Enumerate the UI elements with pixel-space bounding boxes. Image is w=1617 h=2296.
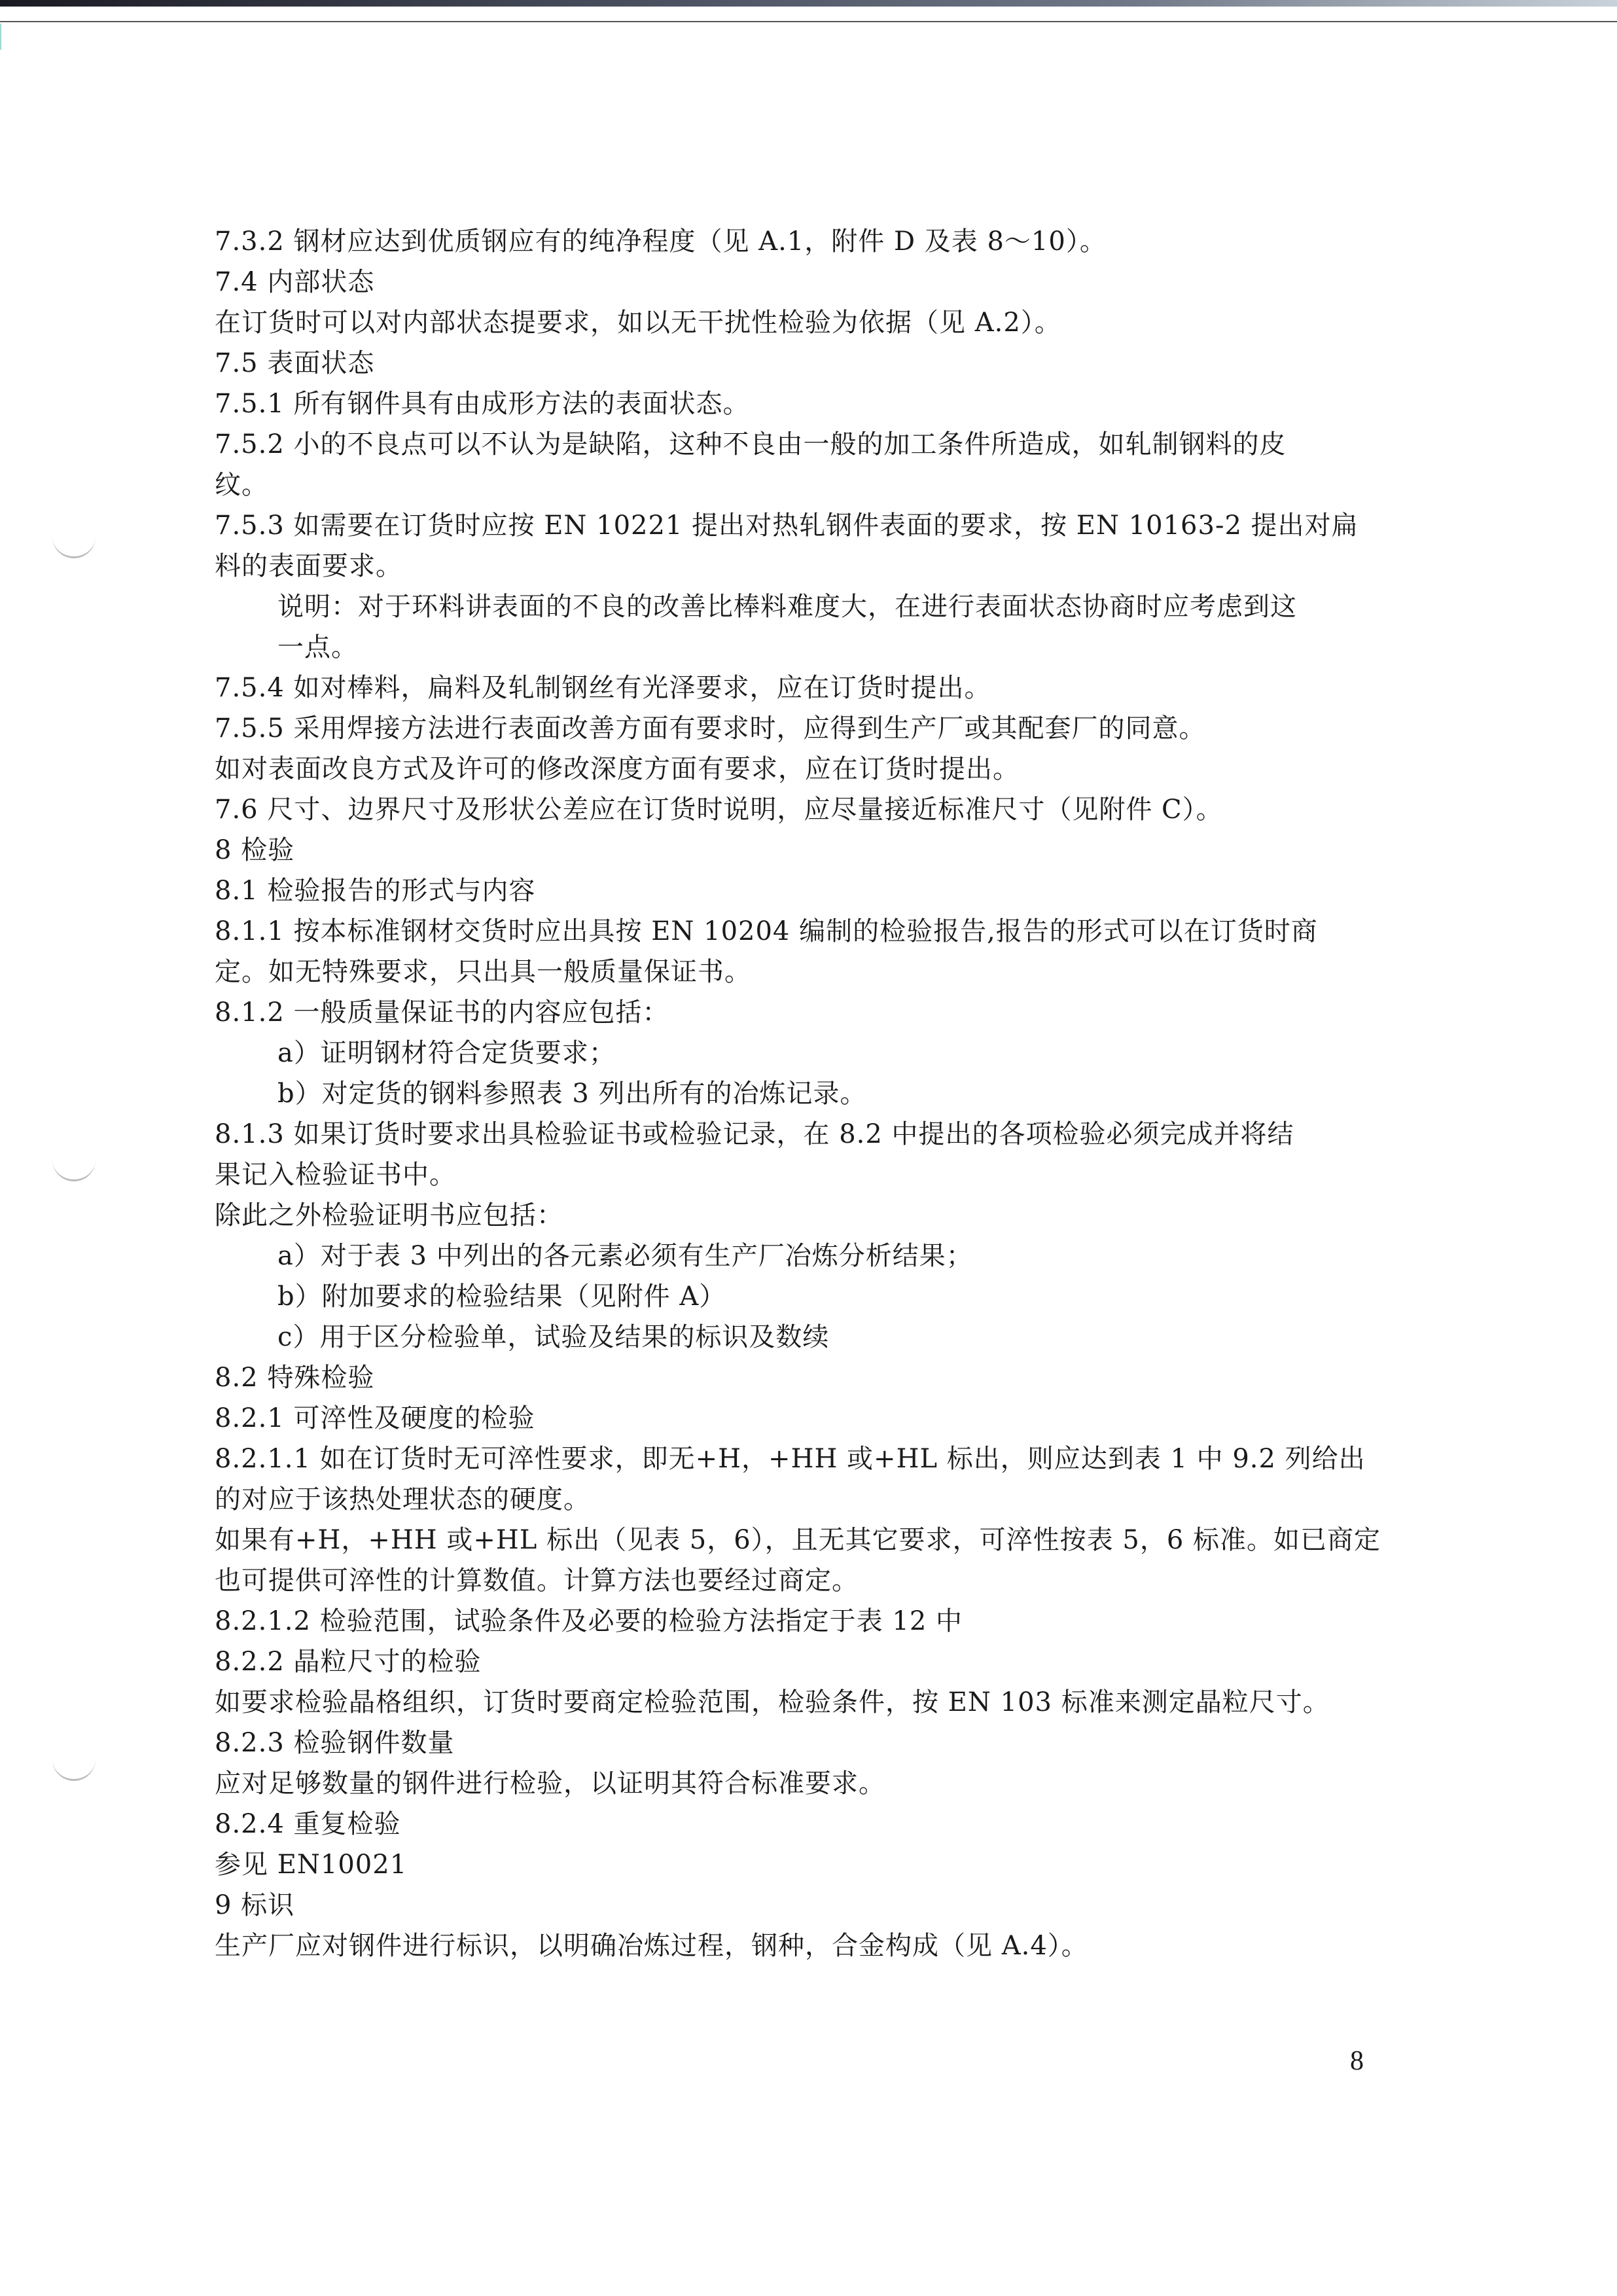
clause-7-5-1: 7.5.1 所有钢件具有由成形方法的表面状态。 <box>215 384 1366 424</box>
clause-7-5-3: 7.5.3 如需要在订货时应按 EN 10221 提出对热轧钢件表面的要求，按 … <box>215 505 1366 546</box>
scan-artifact <box>0 24 5 50</box>
paragraph-8-2-2: 如要求检验晶格组织，订货时要商定检验范围，检验条件，按 EN 103 标准来测定… <box>215 1682 1366 1723</box>
scan-top-shadow <box>0 0 1617 7</box>
clause-8-2-1-2: 8.2.1.2 检验范围，试验条件及必要的检验方法指定于表 12 中 <box>215 1601 1366 1641</box>
paragraph-8-2-4: 参见 EN10021 <box>215 1844 1366 1885</box>
list-item-8-1-2-a: a）证明钢材符合定货要求； <box>215 1033 1366 1073</box>
clause-7-6: 7.6 尺寸、边界尺寸及形状公差应在订货时说明，应尽量接近标准尺寸（见附件 C）… <box>215 789 1366 830</box>
paragraph-7-4: 在订货时可以对内部状态提要求，如以无干扰性检验为依据（见 A.2）。 <box>215 302 1366 343</box>
clause-7-5-3-cont: 料的表面要求。 <box>215 546 1366 586</box>
clause-8-1-2: 8.1.2 一般质量保证书的内容应包括： <box>215 992 1366 1033</box>
document-body: 7.3.2 钢材应达到优质钢应有的纯净程度（见 A.1，附件 D 及表 8～10… <box>215 221 1366 1966</box>
paragraph-9: 生产厂应对钢件进行标识，以明确冶炼过程，钢种，合金构成（见 A.4）。 <box>215 1926 1366 1966</box>
note-text-cont: 一点。 <box>215 627 1366 668</box>
clause-8-1-1: 8.1.1 按本标准钢材交货时应出具按 EN 10204 编制的检验报告,报告的… <box>215 911 1366 952</box>
clause-8-1-1-cont: 定。如无特殊要求，只出具一般质量保证书。 <box>215 952 1366 992</box>
clause-8-1-3-cont: 果记入检验证书中。 <box>215 1155 1366 1195</box>
clause-7-3-2: 7.3.2 钢材应达到优质钢应有的纯净程度（见 A.1，附件 D 及表 8～10… <box>215 221 1366 262</box>
clause-8-2-1-1: 8.2.1.1 如在订货时无可淬性要求，即无+H，+HH 或+HL 标出，则应达… <box>215 1439 1366 1479</box>
heading-8-2-1: 8.2.1 可淬性及硬度的检验 <box>215 1398 1366 1439</box>
paragraph-7-5-5: 如对表面改良方式及许可的修改深度方面有要求，应在订货时提出。 <box>215 749 1366 789</box>
heading-8-1: 8.1 检验报告的形式与内容 <box>215 870 1366 911</box>
paragraph-8-1-3: 除此之外检验证明书应包括： <box>215 1195 1366 1236</box>
list-item-8-1-3-a: a）对于表 3 中列出的各元素必须有生产厂冶炼分析结果； <box>215 1236 1366 1276</box>
paragraph-8-2-1-1-cont: 也可提供可淬性的计算数值。计算方法也要经过商定。 <box>215 1560 1366 1601</box>
list-item-8-1-3-c: c）用于区分检验单，试验及结果的标识及数续 <box>215 1317 1366 1357</box>
punch-hole-mark <box>52 537 96 558</box>
heading-7-5: 7.5 表面状态 <box>215 343 1366 384</box>
clause-8-2-1-1-cont: 的对应于该热处理状态的硬度。 <box>215 1479 1366 1520</box>
heading-8-2: 8.2 特殊检验 <box>215 1357 1366 1398</box>
paragraph-8-2-1-1: 如果有+H，+HH 或+HL 标出（见表 5，6），且无其它要求，可淬性按表 5… <box>215 1520 1366 1560</box>
clause-7-5-2-cont: 纹。 <box>215 465 1366 505</box>
page-number: 8 <box>1350 2045 1364 2077</box>
list-item-8-1-3-b: b）附加要求的检验结果（见附件 A） <box>215 1276 1366 1317</box>
clause-8-1-3: 8.1.3 如果订货时要求出具检验证书或检验记录，在 8.2 中提出的各项检验必… <box>215 1114 1366 1155</box>
note-text: 说明：对于环料讲表面的不良的改善比棒料难度大，在进行表面状态协商时应考虑到这 <box>215 586 1366 627</box>
clause-7-5-5: 7.5.5 采用焊接方法进行表面改善方面有要求时，应得到生产厂或其配套厂的同意。 <box>215 708 1366 749</box>
heading-9: 9 标识 <box>215 1885 1366 1926</box>
clause-7-5-2: 7.5.2 小的不良点可以不认为是缺陷，这种不良由一般的加工条件所造成，如轧制钢… <box>215 424 1366 465</box>
list-item-8-1-2-b: b）对定货的钢料参照表 3 列出所有的冶炼记录。 <box>215 1073 1366 1114</box>
heading-7-4: 7.4 内部状态 <box>215 262 1366 302</box>
punch-hole-mark <box>52 1759 96 1781</box>
heading-8-2-4: 8.2.4 重复检验 <box>215 1804 1366 1844</box>
heading-8-2-2: 8.2.2 晶粒尺寸的检验 <box>215 1641 1366 1682</box>
scan-page-edge <box>0 7 1617 22</box>
heading-8-2-3: 8.2.3 检验钢件数量 <box>215 1723 1366 1763</box>
clause-7-5-4: 7.5.4 如对棒料，扁料及轧制钢丝有光泽要求，应在订货时提出。 <box>215 668 1366 708</box>
paragraph-8-2-3: 应对足够数量的钢件进行检验，以证明其符合标准要求。 <box>215 1763 1366 1804</box>
heading-8: 8 检验 <box>215 830 1366 870</box>
punch-hole-mark <box>52 1160 96 1181</box>
